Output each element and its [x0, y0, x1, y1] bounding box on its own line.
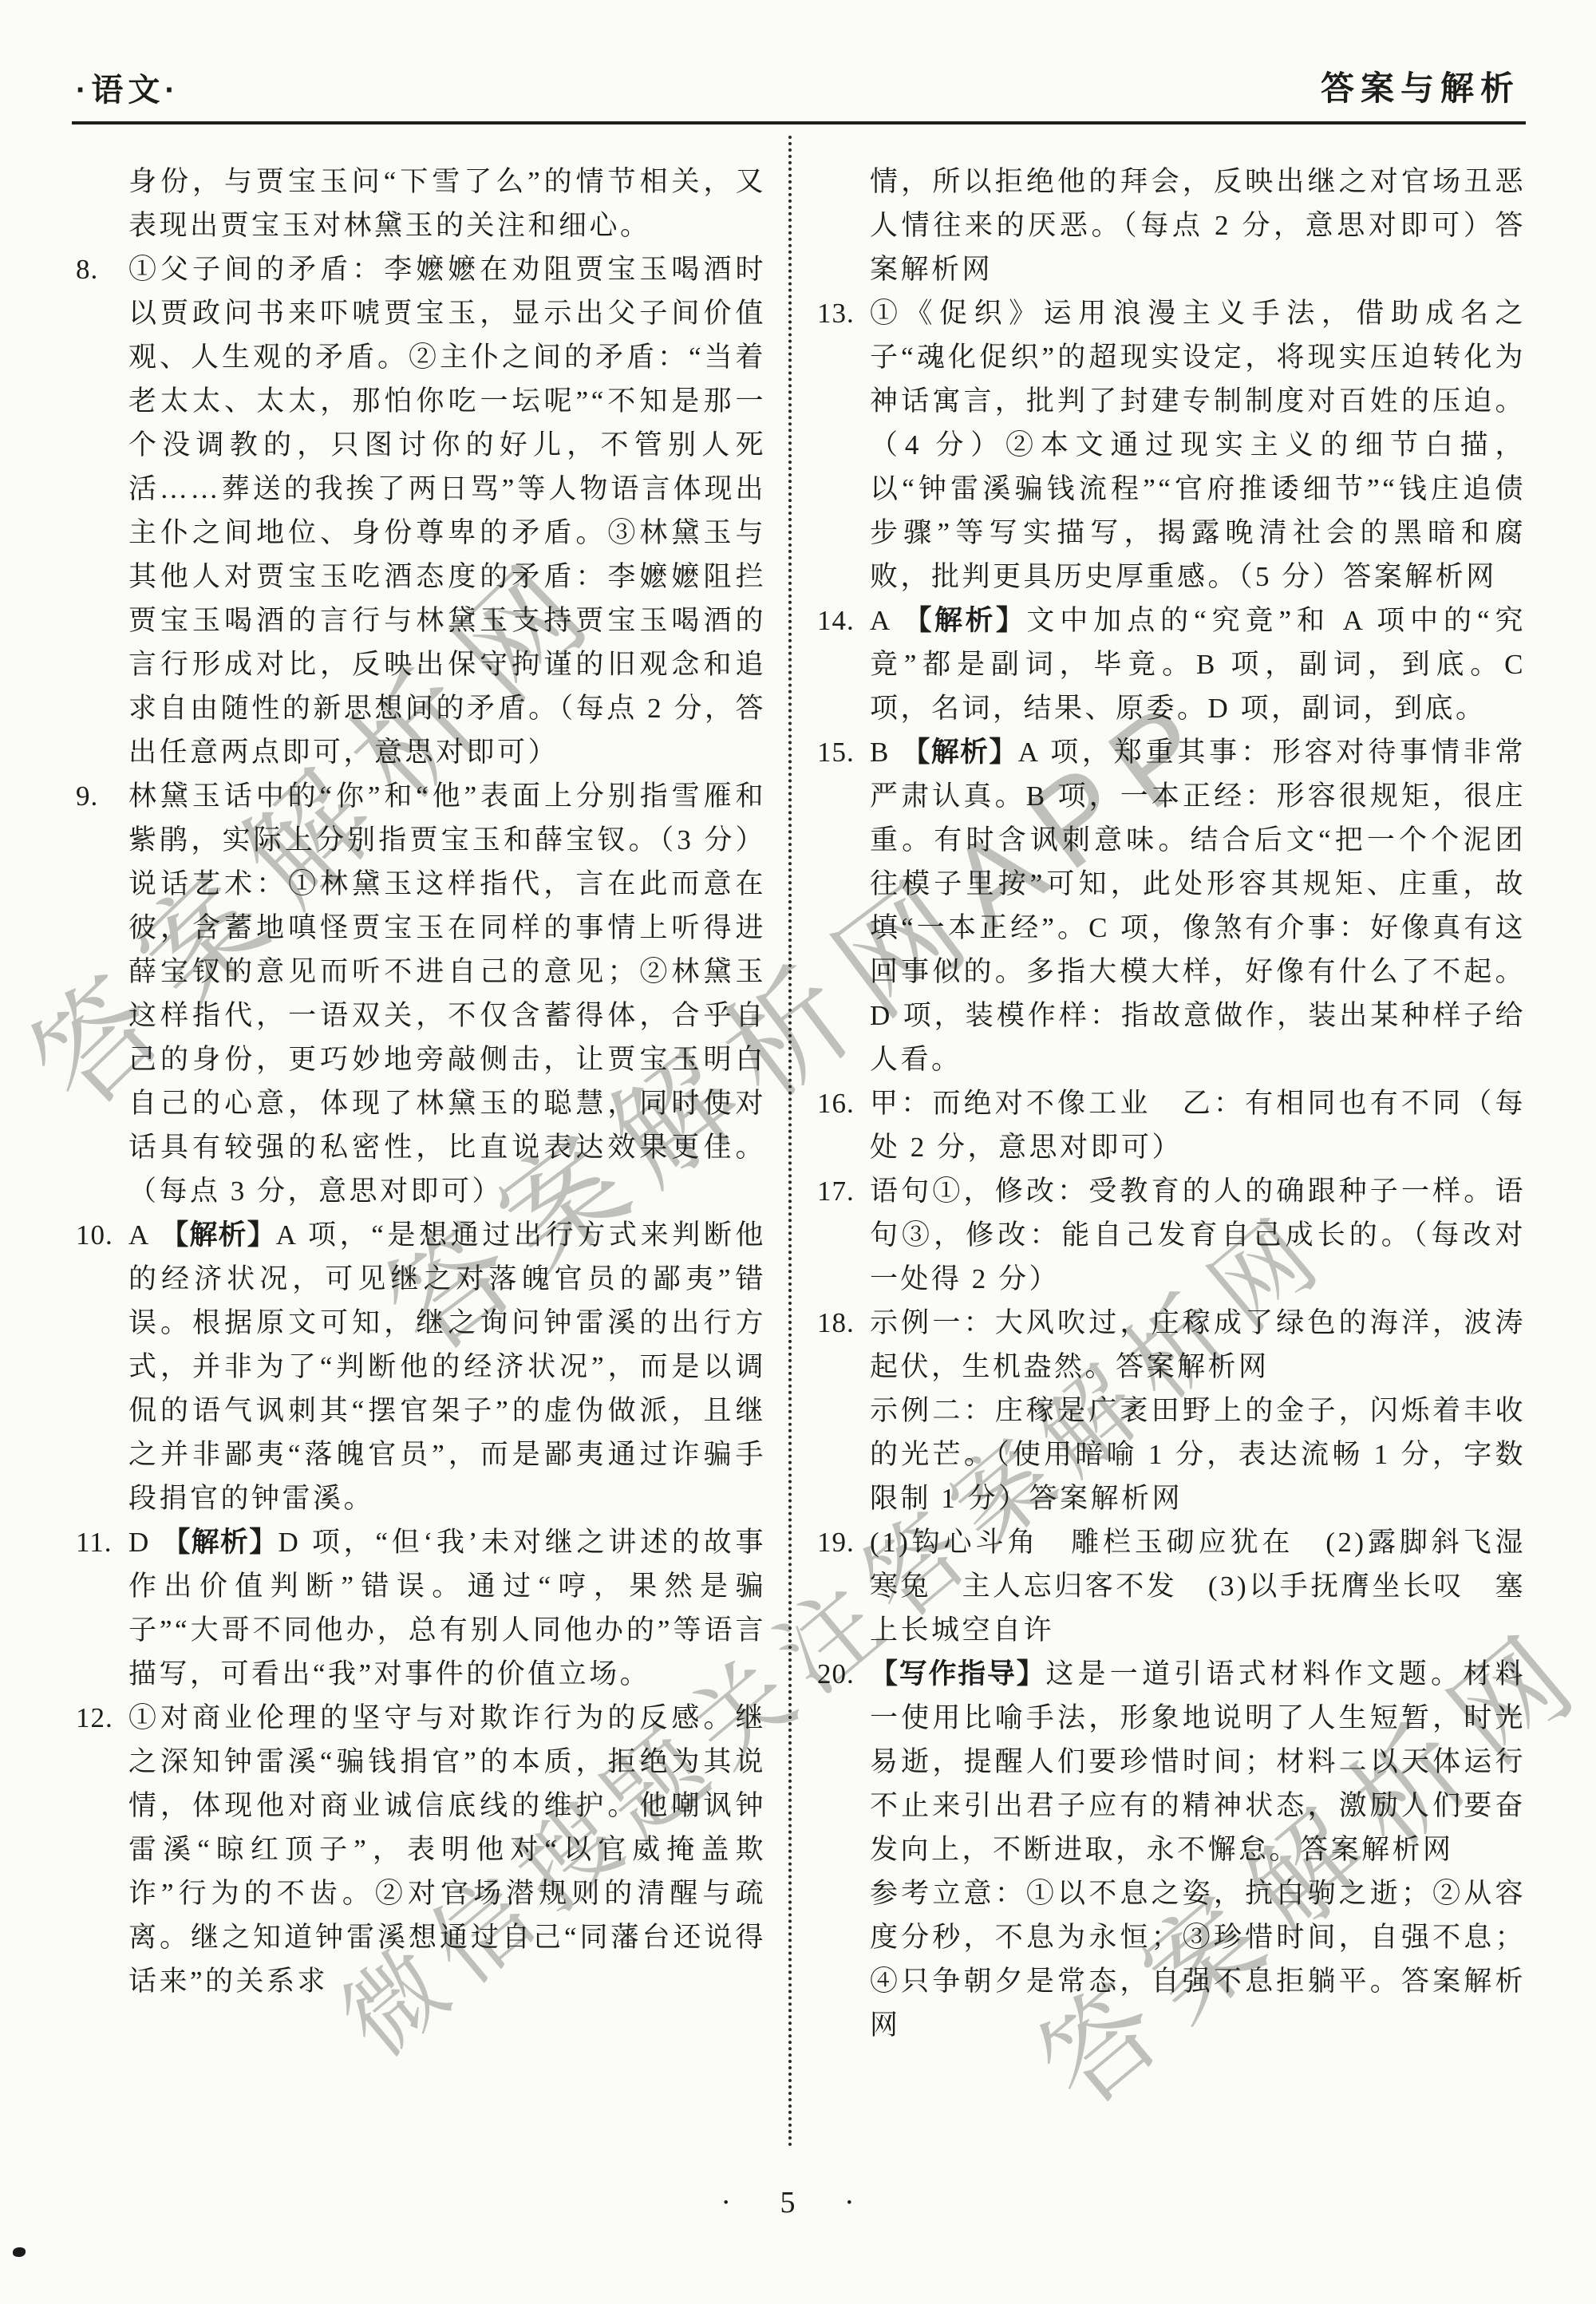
answer-item: 15. B 【解析】A 项，郑重其事：形容对待事情非常严肃认真。B 项，一本正经… — [817, 730, 1526, 1081]
answer-paragraph: 参考立意：①以不息之姿，抗白驹之逝；②从容度分秒，不息为永恒；③珍惜时间，自强不… — [870, 1871, 1526, 2047]
header-rule — [72, 121, 1526, 124]
answer-paragraph: A 【解析】文中加点的“究竟”和 A 项中的“究竟”都是副词，毕竟。B 项，副词… — [870, 599, 1526, 730]
column-divider — [788, 136, 792, 2148]
item-body: ①对商业伦理的坚守与对欺诈行为的反感。继之深知钟雷溪“骗钱捐官”的本质，拒绝为其… — [128, 1696, 766, 2003]
column-left: 身份，与贾宝玉问“下雪了么”的情节相关，又表现出贾宝玉对林黛玉的关注和细心。 8… — [76, 160, 766, 2003]
item-body: ①《促织》运用浪漫主义手法，借助成名之子“魂化促织”的超现实设定，将现实压迫转化… — [870, 291, 1526, 599]
answer-item: 14. A 【解析】文中加点的“究竟”和 A 项中的“究竟”都是副词，毕竟。B … — [817, 599, 1526, 730]
answer-item: 12. ①对商业伦理的坚守与对欺诈行为的反感。继之深知钟雷溪“骗钱捐官”的本质，… — [76, 1696, 766, 2003]
answer-letter: A — [870, 605, 904, 636]
answer-item: 9. 林黛玉话中的“你”和“他”表面上分别指雪雁和紫鹃，实际上分别指贾宝玉和薛宝… — [76, 774, 766, 1213]
item-body: A 【解析】文中加点的“究竟”和 A 项中的“究竟”都是副词，毕竟。B 项，副词… — [870, 599, 1526, 730]
analysis-label: 【解析】 — [904, 605, 1027, 636]
answer-paragraph: D 【解析】D 项，“但‘我’未对继之讲述的故事作出价值判断”错误。通过“哼，果… — [128, 1520, 766, 1696]
answer-paragraph: A 【解析】A 项，“是想通过出行方式来判断他的经济状况，可见继之对落魄官员的鄙… — [128, 1213, 766, 1520]
analysis-label: 【解析】 — [902, 737, 1017, 768]
answer-paragraph: 林黛玉话中的“你”和“他”表面上分别指雪雁和紫鹃，实际上分别指贾宝玉和薛宝钗。（… — [128, 774, 766, 1213]
scanned-answer-page: ·语文· 答案与解析 答案解析网答案解析网APP微信搜题关注答案解析网答案解析网… — [0, 0, 1596, 2304]
item-body: A 【解析】A 项，“是想通过出行方式来判断他的经济状况，可见继之对落魄官员的鄙… — [128, 1213, 766, 1520]
item-body: (1)钩心斗角 雕栏玉砌应犹在 (2)露脚斜飞湿寒兔 主人忘归客不发 (3)以手… — [870, 1520, 1526, 1652]
answer-letter: B — [870, 737, 902, 768]
analysis-label: 【解析】 — [160, 1219, 276, 1251]
item-body: 语句①，修改：受教育的人的确跟种子一样。语句③，修改：能自己发育自己成长的。（每… — [870, 1169, 1526, 1301]
scan-artifact — [13, 2247, 26, 2257]
item-number: 9. — [76, 774, 98, 818]
answer-item: 身份，与贾宝玉问“下雪了么”的情节相关，又表现出贾宝玉对林黛玉的关注和细心。 — [76, 160, 766, 247]
answer-letter: A — [128, 1219, 160, 1251]
answer-paragraph: ①对商业伦理的坚守与对欺诈行为的反感。继之深知钟雷溪“骗钱捐官”的本质，拒绝为其… — [128, 1696, 766, 2003]
answer-item: 13. ①《促织》运用浪漫主义手法，借助成名之子“魂化促织”的超现实设定，将现实… — [817, 291, 1526, 599]
answer-paragraph: 示例一：大风吹过，庄稼成了绿色的海洋，波涛起伏，生机盎然。答案解析网 — [870, 1301, 1526, 1389]
item-number: 15. — [817, 730, 855, 774]
answer-item: 10. A 【解析】A 项，“是想通过出行方式来判断他的经济状况，可见继之对落魄… — [76, 1213, 766, 1520]
item-body: 林黛玉话中的“你”和“他”表面上分别指雪雁和紫鹃，实际上分别指贾宝玉和薛宝钗。（… — [128, 774, 766, 1213]
item-number: 20. — [817, 1652, 855, 1696]
item-number: 12. — [76, 1696, 113, 1740]
answer-paragraph: B 【解析】A 项，郑重其事：形容对待事情非常严肃认真。B 项，一本正经：形容很… — [870, 730, 1526, 1081]
item-body: B 【解析】A 项，郑重其事：形容对待事情非常严肃认真。B 项，一本正经：形容很… — [870, 730, 1526, 1081]
item-number: 19. — [817, 1520, 855, 1564]
answer-paragraph: 身份，与贾宝玉问“下雪了么”的情节相关，又表现出贾宝玉对林黛玉的关注和细心。 — [128, 160, 766, 247]
answer-item: 19. (1)钩心斗角 雕栏玉砌应犹在 (2)露脚斜飞湿寒兔 主人忘归客不发 (… — [817, 1520, 1526, 1652]
item-number: 16. — [817, 1081, 855, 1125]
item-body: ①父子间的矛盾：李嬷嬷在劝阻贾宝玉喝酒时以贾政问书来吓唬贾宝玉，显示出父子间价值… — [128, 247, 766, 774]
answer-letter: D — [128, 1527, 162, 1558]
answer-paragraph: 情，所以拒绝他的拜会，反映出继之对官场丑恶人情往来的厌恶。（每点 2 分，意思对… — [870, 160, 1526, 291]
page-number: · 5 · — [721, 2186, 875, 2219]
page-footer: · 5 · — [0, 2185, 1596, 2220]
item-number: 10. — [76, 1213, 113, 1257]
item-body: 【写作指导】这是一道引语式材料作文题。材料一使用比喻手法，形象地说明了人生短暂，… — [870, 1652, 1526, 2047]
answer-paragraph: ①《促织》运用浪漫主义手法，借助成名之子“魂化促织”的超现实设定，将现实压迫转化… — [870, 291, 1526, 599]
answer-item: 18. 示例一：大风吹过，庄稼成了绿色的海洋，波涛起伏，生机盎然。答案解析网示例… — [817, 1301, 1526, 1520]
header-subject-label: ·语文· — [76, 65, 180, 110]
item-number: 14. — [817, 599, 855, 642]
answer-item: 16. 甲：而绝对不像工业 乙：有相同也有不同（每处 2 分，意思对即可） — [817, 1081, 1526, 1169]
answer-paragraph: (1)钩心斗角 雕栏玉砌应犹在 (2)露脚斜飞湿寒兔 主人忘归客不发 (3)以手… — [870, 1520, 1526, 1652]
item-body: 情，所以拒绝他的拜会，反映出继之对官场丑恶人情往来的厌恶。（每点 2 分，意思对… — [870, 160, 1526, 291]
item-body: 身份，与贾宝玉问“下雪了么”的情节相关，又表现出贾宝玉对林黛玉的关注和细心。 — [128, 160, 766, 247]
answer-item: 8. ①父子间的矛盾：李嬷嬷在劝阻贾宝玉喝酒时以贾政问书来吓唬贾宝玉，显示出父子… — [76, 247, 766, 774]
item-number: 13. — [817, 291, 855, 335]
answer-item: 17. 语句①，修改：受教育的人的确跟种子一样。语句③，修改：能自己发育自己成长… — [817, 1169, 1526, 1301]
answer-item: 20. 【写作指导】这是一道引语式材料作文题。材料一使用比喻手法，形象地说明了人… — [817, 1652, 1526, 2047]
answer-paragraph: 语句①，修改：受教育的人的确跟种子一样。语句③，修改：能自己发育自己成长的。（每… — [870, 1169, 1526, 1301]
page-title: 答案与解析 — [1321, 62, 1520, 110]
item-number: 17. — [817, 1169, 855, 1213]
page-header: ·语文· 答案与解析 — [76, 62, 1520, 110]
item-body: 示例一：大风吹过，庄稼成了绿色的海洋，波涛起伏，生机盎然。答案解析网示例二：庄稼… — [870, 1301, 1526, 1520]
answer-paragraph: 示例二：庄稼是广袤田野上的金子，闪烁着丰收的光芒。（使用暗喻 1 分，表达流畅 … — [870, 1389, 1526, 1520]
column-right: 情，所以拒绝他的拜会，反映出继之对官场丑恶人情往来的厌恶。（每点 2 分，意思对… — [817, 160, 1526, 2047]
item-body: 甲：而绝对不像工业 乙：有相同也有不同（每处 2 分，意思对即可） — [870, 1081, 1526, 1169]
item-number: 18. — [817, 1301, 855, 1345]
answer-item: 11. D 【解析】D 项，“但‘我’未对继之讲述的故事作出价值判断”错误。通过… — [76, 1520, 766, 1696]
answer-item: 情，所以拒绝他的拜会，反映出继之对官场丑恶人情往来的厌恶。（每点 2 分，意思对… — [817, 160, 1526, 291]
answer-paragraph: 【写作指导】这是一道引语式材料作文题。材料一使用比喻手法，形象地说明了人生短暂，… — [870, 1652, 1526, 1871]
analysis-label: 【写作指导】 — [870, 1658, 1045, 1689]
answer-paragraph: ①父子间的矛盾：李嬷嬷在劝阻贾宝玉喝酒时以贾政问书来吓唬贾宝玉，显示出父子间价值… — [128, 247, 766, 774]
analysis-label: 【解析】 — [162, 1527, 278, 1558]
item-number: 8. — [76, 247, 98, 291]
item-number: 11. — [76, 1520, 112, 1564]
item-body: D 【解析】D 项，“但‘我’未对继之讲述的故事作出价值判断”错误。通过“哼，果… — [128, 1520, 766, 1696]
answer-paragraph: 甲：而绝对不像工业 乙：有相同也有不同（每处 2 分，意思对即可） — [870, 1081, 1526, 1169]
